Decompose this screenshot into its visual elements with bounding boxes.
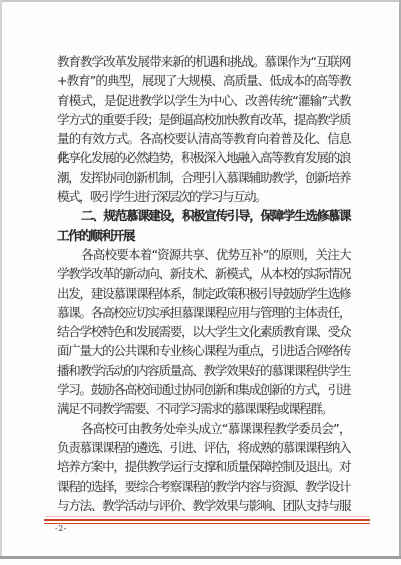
text-line: 培养方案中，提供教学运行支撑和质量保障控制及退出。对 xyxy=(57,457,350,476)
text-line: 学习。鼓励各高校间通过协同创新和集成创新的方式，引进 xyxy=(57,380,350,399)
text-line: 各高校可由教务处牵头成立“慕课课程教学委员会”， xyxy=(57,419,350,438)
text-line: +教育”的典型，展现了大规模、高质量、低成本的高等教 xyxy=(57,71,350,90)
page-edge-top xyxy=(0,0,401,2)
text-line: 与方法、教学活动与评价、教学效果与影响、团队支持与服 xyxy=(57,496,350,515)
text-line: 量的有效方式。各高校要认清高等教育向着普及化、信息化、 xyxy=(57,129,350,148)
text-line: 教育教学改革发展带来新的机遇和挑战。慕课作为“互联网 xyxy=(57,52,350,71)
text-line: 播和教学活动的内容质量高、教学效果好的慕课课程供学生 xyxy=(57,361,350,380)
page-number: -2- xyxy=(55,524,67,533)
footer-rule-faint xyxy=(45,516,370,517)
footer-rule-thin xyxy=(44,523,370,524)
text-line: 共享化发展的必然趋势，积极深入地融入高等教育发展的浪 xyxy=(57,148,350,167)
document-page: 教育教学改革发展带来新的机遇和挑战。慕课作为“互联网+教育”的典型，展现了大规模… xyxy=(0,0,401,565)
text-line: 负责慕课课程的遴选、引进、评估，将成熟的慕课课程纳入 xyxy=(57,438,350,457)
text-line: 面广量大的公共课和专业核心课程为重点，引进适合网络传 xyxy=(57,341,350,360)
text-line: 学教学改革的新动向、新技术、新模式，从本校的实际情况 xyxy=(57,264,350,283)
document-body: 教育教学改革发展带来新的机遇和挑战。慕课作为“互联网+教育”的典型，展现了大规模… xyxy=(57,52,350,515)
text-line: 学方式的重要手段；是倒逼高校加快教育改革，提高教学质 xyxy=(57,110,350,129)
page-edge-left xyxy=(0,0,2,556)
text-line: 出发，建设慕课课程体系，制定政策积极引导鼓励学生选修 xyxy=(57,284,350,303)
footer-rule-thick xyxy=(44,519,370,521)
page-edge-bottom xyxy=(0,556,401,559)
text-line: 二、规范慕课建设，积极宣传引导，保障学生选修慕课 xyxy=(57,206,350,225)
text-line: 满足不同教学需要、不同学习需求的慕课课程或课程群。 xyxy=(57,399,350,418)
text-line: 潮，发挥协同创新机制，合理引入慕课辅助教学，创新培养 xyxy=(57,168,350,187)
text-line: 各高校要本着“资源共享、优势互补”的原则，关注大 xyxy=(57,245,350,264)
text-line: 课程的选择，要综合考察课程的教学内容与资源、教学设计 xyxy=(57,477,350,496)
text-line: 育模式，是促进教学以学生为中心、改善传统“灌输”式教 xyxy=(57,91,350,110)
text-line: 慕课。各高校应切实承担慕课课程应用与管理的主体责任， xyxy=(57,303,350,322)
text-line: 工作的顺利开展 xyxy=(57,226,350,245)
text-line: 结合学校特色和发展需要，以大学生文化素质教育课、受众 xyxy=(57,322,350,341)
text-line: 模式，吸引学生进行深层次的学习与互动。 xyxy=(57,187,350,206)
